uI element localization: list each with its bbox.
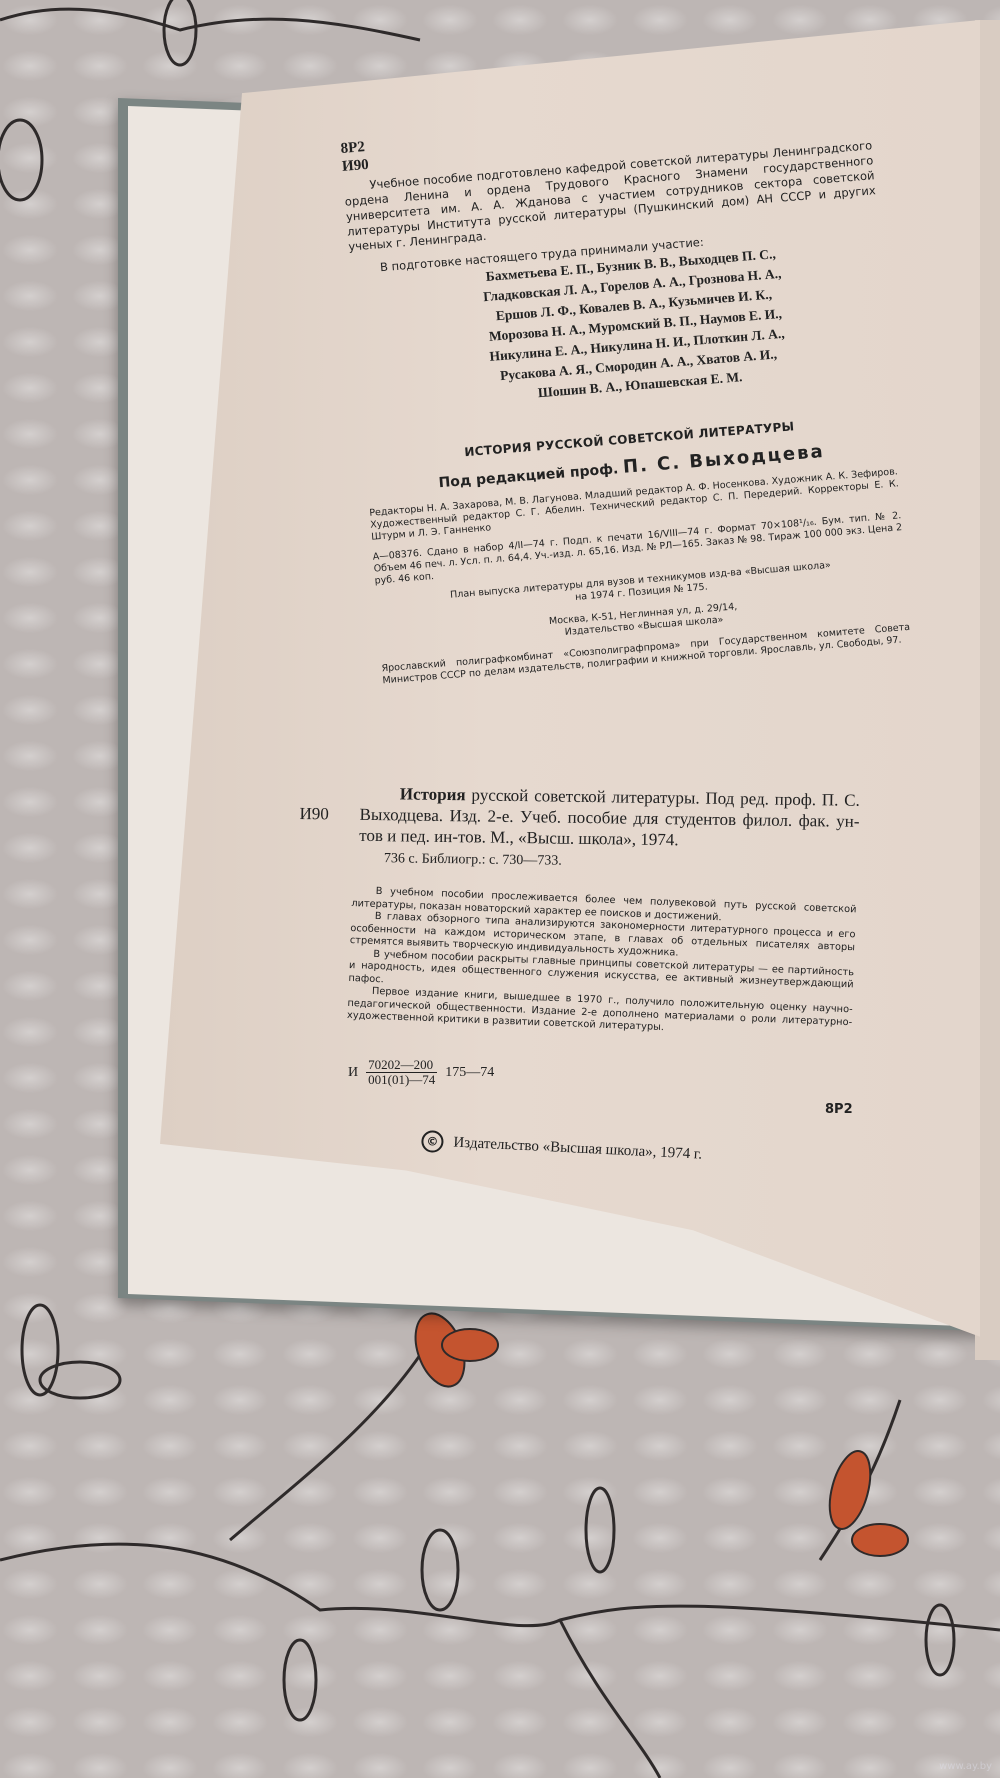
catalog-card: И90 История русской советской литературы…: [299, 782, 860, 876]
classification-bottom: 8Р2: [825, 1102, 853, 1117]
catalog-code: И90: [299, 803, 329, 824]
watermark: www.ay.by: [939, 1761, 992, 1772]
index-numerator: 70202—200: [366, 1058, 437, 1073]
index-suffix: 175—74: [445, 1065, 494, 1081]
editor-name: П. С. Выходцева: [622, 441, 825, 478]
catalog-title: История: [400, 784, 466, 804]
annotation: В учебном пособии прослеживается более ч…: [347, 885, 857, 1042]
copyright-icon: ©: [421, 1130, 444, 1153]
participants-list: В подготовке настоящего труда принимали …: [380, 221, 891, 415]
catalog-entry: История русской советской литературы. По…: [359, 783, 860, 853]
imprint-block: 8Р2 И90 Учебное пособие подготовлено каф…: [340, 98, 912, 696]
index-letter: И: [348, 1065, 358, 1081]
publisher-index: И 70202—200 001(01)—74 175—74: [348, 1058, 494, 1087]
index-fraction: 70202—200 001(01)—74: [366, 1058, 437, 1087]
index-denominator: 001(01)—74: [366, 1073, 437, 1087]
editor-prefix: Под редакцией проф.: [438, 461, 619, 491]
